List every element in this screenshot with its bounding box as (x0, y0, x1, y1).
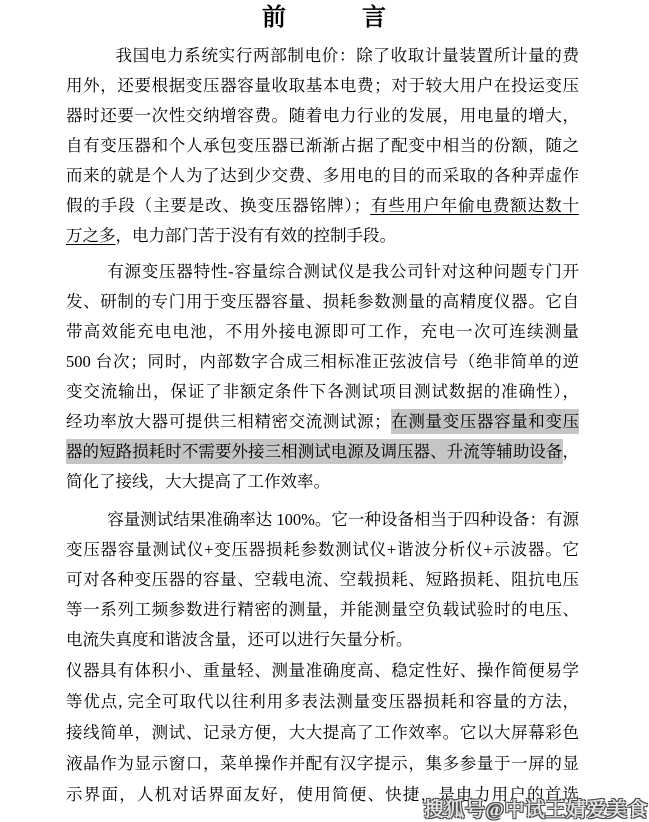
text-line: 有源变压器特性-容量综合测试仪是我公司针对这种问题专门开 (66, 257, 579, 287)
text-line: 经功率放大器可提供三相精密交流测试源；在测量变压器容量和变压 (66, 407, 579, 437)
text-line: 自有变压器和个人承包变压器已渐渐占据了配变中相当的份额，随之 (66, 131, 579, 161)
text-line: 器时还要一次性交纳增容费。随着电力行业的发展，用电量的增大， (66, 101, 579, 131)
plain-text: ， (563, 442, 580, 461)
document-body: 我国电力系统实行两部制电价：除了收取计量装置所计量的费 用外，还要根据变压器容量… (0, 41, 649, 810)
paragraph-advantages: 仪器具有体积小、重量轻、测量准确度高、稳定性好、操作简便易学 等优点, 完全可取… (66, 655, 579, 810)
text-line: 接线简单，测试、记录方便，大大提高了工作效率。它以大屏幕彩色 (66, 717, 579, 748)
text-line: 简化了接线，大大提高了工作效率。 (66, 467, 579, 497)
text-line: 液晶作为显示窗口，菜单操作并配有汉字提示，集多参量于一屏的显 (66, 748, 579, 779)
document-title: 前 言 (0, 3, 649, 33)
text-line: 等优点, 完全可取代以往利用多表法测量变压器损耗和容量的方法， (66, 686, 579, 717)
text-line: 可对各种变压器的容量、空载电流、空载损耗、短路损耗、阻抗电压 (66, 565, 579, 595)
highlighted-text: 器的短路损耗时不需要外接三相测试电源及调压器、升流等辅助设备 (66, 439, 563, 464)
text-line: 容量测试结果准确率达 100%。它一种设备相当于四种设备：有源 (66, 505, 579, 535)
sohu-watermark: 搜狐号@中试王婧爱美食 (424, 793, 648, 822)
text-line: 电流失真度和谐波含量，还可以进行矢量分析。 (66, 625, 579, 655)
paragraph-tester-intro: 有源变压器特性-容量综合测试仪是我公司针对这种问题专门开 发、研制的专门用于变压… (66, 257, 579, 497)
highlighted-text: 在测量变压器容量和变压 (391, 409, 579, 434)
underlined-text: 万之多 (66, 226, 116, 245)
text-line: 器的短路损耗时不需要外接三相测试电源及调压器、升流等辅助设备， (66, 437, 579, 467)
underlined-text: 有些用户年偷电费额达数十 (370, 196, 579, 215)
text-line: 万之多，电力部门苦于没有有效的控制手段。 (66, 221, 579, 251)
plain-text: ，电力部门苦于没有有效的控制手段。 (116, 226, 397, 245)
text-line: 而来的就是个人为了达到少交费、多用电的目的而采取的各种弄虚作 (66, 161, 579, 191)
text-line: 发、研制的专门用于变压器容量、损耗参数测量的高精度仪器。它自 (66, 287, 579, 317)
text-line: 变压器容量测试仪+变压器损耗参数测试仪+谐波分析仪+示波器。它 (66, 535, 579, 565)
plain-text: 假的手段（主要是改、换变压器铭牌）； (66, 196, 370, 215)
text-line: 假的手段（主要是改、换变压器铭牌）；有些用户年偷电费额达数十 (66, 191, 579, 221)
paragraph-accuracy: 容量测试结果准确率达 100%。它一种设备相当于四种设备：有源 变压器容量测试仪… (66, 505, 579, 655)
paragraph-two-part-pricing: 我国电力系统实行两部制电价：除了收取计量装置所计量的费 用外，还要根据变压器容量… (66, 41, 579, 251)
text-line: 用外，还要根据变压器容量收取基本电费；对于较大用户在投运变压 (66, 71, 579, 101)
text-line: 等一系列工频参数进行精密的测量，并能测量空负载试验时的电压、 (66, 595, 579, 625)
text-line: 我国电力系统实行两部制电价：除了收取计量装置所计量的费 (66, 41, 579, 71)
text-line: 500 台次；同时，内部数字合成三相标准正弦波信号（绝非简单的逆 (66, 347, 579, 377)
text-line: 带高效能充电电池，不用外接电源即可工作，充电一次可连续测量 (66, 317, 579, 347)
plain-text: 经功率放大器可提供三相精密交流测试源； (66, 412, 391, 431)
text-line: 仪器具有体积小、重量轻、测量准确度高、稳定性好、操作简便易学 (66, 655, 579, 686)
text-line: 变交流输出，保证了非额定条件下各测试项目测试数据的准确性）， (66, 377, 579, 407)
document-page: 前 言 我国电力系统实行两部制电价：除了收取计量装置所计量的费 用外，还要根据变… (0, 0, 649, 822)
